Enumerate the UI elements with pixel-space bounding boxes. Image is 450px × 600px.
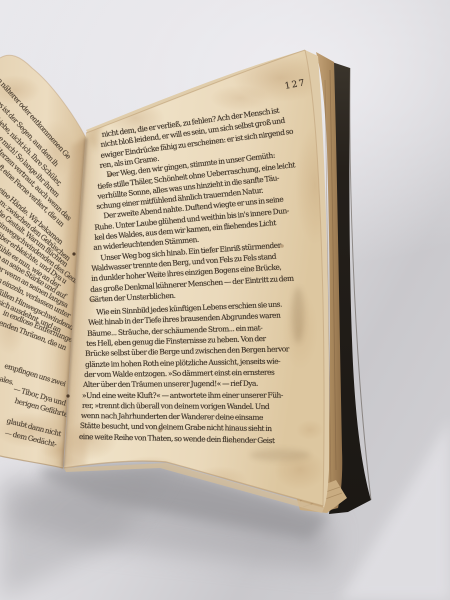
book-illustration <box>0 0 450 600</box>
stitch-mark <box>72 252 75 255</box>
right-page <box>62 50 335 513</box>
book-photo: n näherer oder entkommenen Geies ist der… <box>0 0 450 600</box>
stitch-mark <box>66 394 69 397</box>
